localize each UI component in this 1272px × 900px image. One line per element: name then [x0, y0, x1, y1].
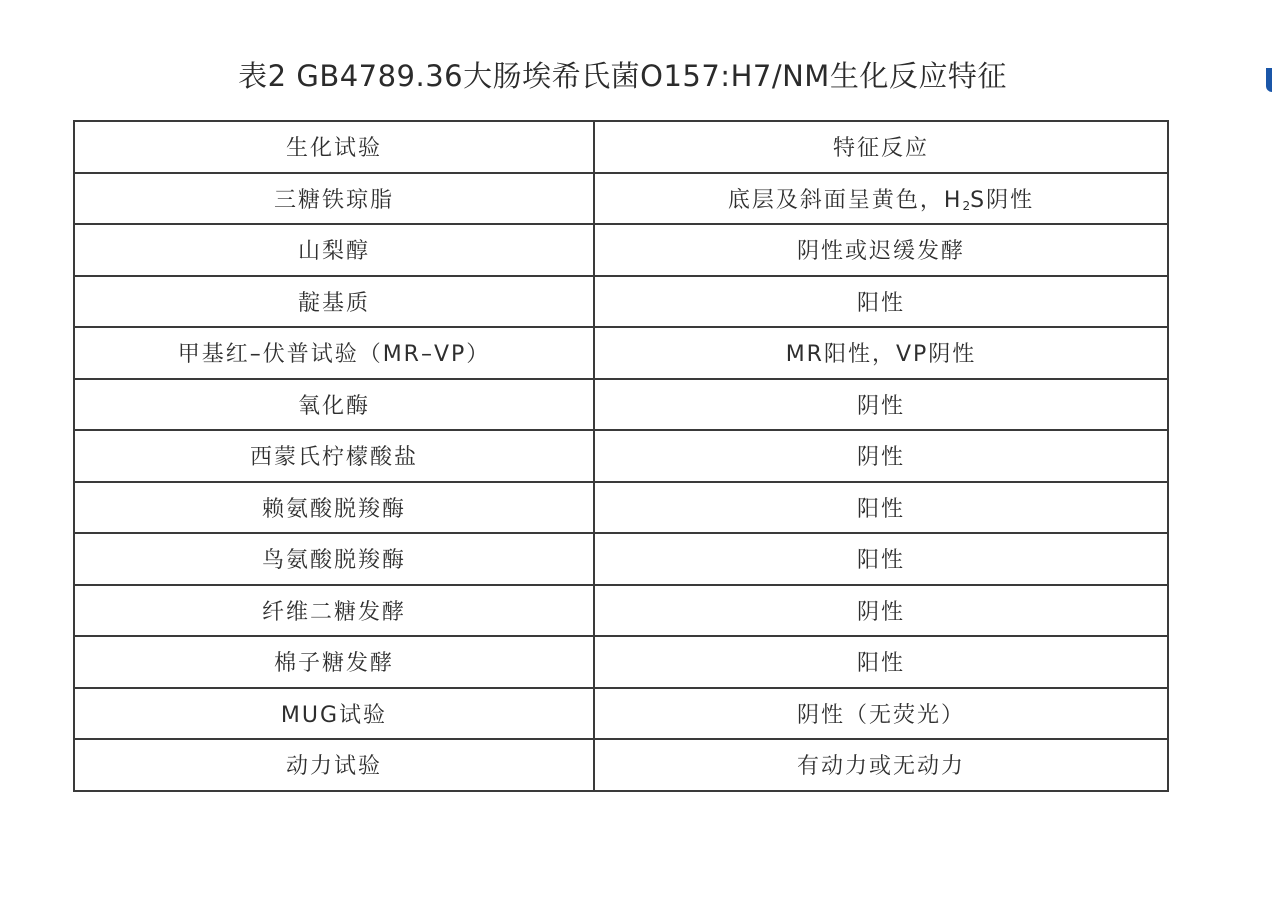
table-row: 西蒙氏柠檬酸盐 阴性 [74, 430, 1168, 482]
reaction-cell: 阴性 [594, 379, 1168, 431]
test-cell: MUG试验 [74, 688, 594, 740]
reaction-cell: 阴性 [594, 585, 1168, 637]
reaction-cell: 底层及斜面呈黄色，H2S阴性 [594, 173, 1168, 225]
table-row: 赖氨酸脱羧酶 阳性 [74, 482, 1168, 534]
table-row: 鸟氨酸脱羧酶 阳性 [74, 533, 1168, 585]
test-cell: 鸟氨酸脱羧酶 [74, 533, 594, 585]
table-header-row: 生化试验 特征反应 [74, 121, 1168, 173]
test-cell: 靛基质 [74, 276, 594, 328]
test-cell: 三糖铁琼脂 [74, 173, 594, 225]
reaction-cell: 阴性 [594, 430, 1168, 482]
test-cell: 赖氨酸脱羧酶 [74, 482, 594, 534]
reaction-cell: 阴性或迟缓发酵 [594, 224, 1168, 276]
table-row: MUG试验 阴性（无荧光） [74, 688, 1168, 740]
biochemical-reaction-table: 生化试验 特征反应 三糖铁琼脂 底层及斜面呈黄色，H2S阴性 山梨醇 阴性或迟缓… [73, 120, 1169, 792]
reaction-cell: 阳性 [594, 482, 1168, 534]
reaction-cell: 阴性（无荧光） [594, 688, 1168, 740]
table-row: 纤维二糖发酵 阴性 [74, 585, 1168, 637]
reaction-cell: 有动力或无动力 [594, 739, 1168, 791]
table-title: 表2 GB4789.36大肠埃希氏菌O157:H7/NM生化反应特征 [0, 54, 1245, 98]
header-characteristic-reaction: 特征反应 [594, 121, 1168, 173]
test-cell: 纤维二糖发酵 [74, 585, 594, 637]
test-cell: 山梨醇 [74, 224, 594, 276]
subscript-text: 2 [962, 199, 970, 213]
test-cell: 甲基红–伏普试验（MR–VP） [74, 327, 594, 379]
reaction-cell: 阳性 [594, 276, 1168, 328]
table-row: 棉子糖发酵 阳性 [74, 636, 1168, 688]
reaction-cell: MR阳性，VP阴性 [594, 327, 1168, 379]
table-row: 山梨醇 阴性或迟缓发酵 [74, 224, 1168, 276]
table-row: 氧化酶 阴性 [74, 379, 1168, 431]
test-cell: 氧化酶 [74, 379, 594, 431]
edge-accent-mark [1266, 68, 1272, 92]
test-cell: 动力试验 [74, 739, 594, 791]
reaction-cell: 阳性 [594, 636, 1168, 688]
table-row: 甲基红–伏普试验（MR–VP） MR阳性，VP阴性 [74, 327, 1168, 379]
table-row: 动力试验 有动力或无动力 [74, 739, 1168, 791]
reaction-cell: 阳性 [594, 533, 1168, 585]
reaction-text: S阴性 [970, 188, 1034, 213]
table-row: 三糖铁琼脂 底层及斜面呈黄色，H2S阴性 [74, 173, 1168, 225]
test-cell: 棉子糖发酵 [74, 636, 594, 688]
header-biochemical-test: 生化试验 [74, 121, 594, 173]
reaction-text: 底层及斜面呈黄色，H [728, 188, 963, 213]
test-cell: 西蒙氏柠檬酸盐 [74, 430, 594, 482]
table-row: 靛基质 阳性 [74, 276, 1168, 328]
